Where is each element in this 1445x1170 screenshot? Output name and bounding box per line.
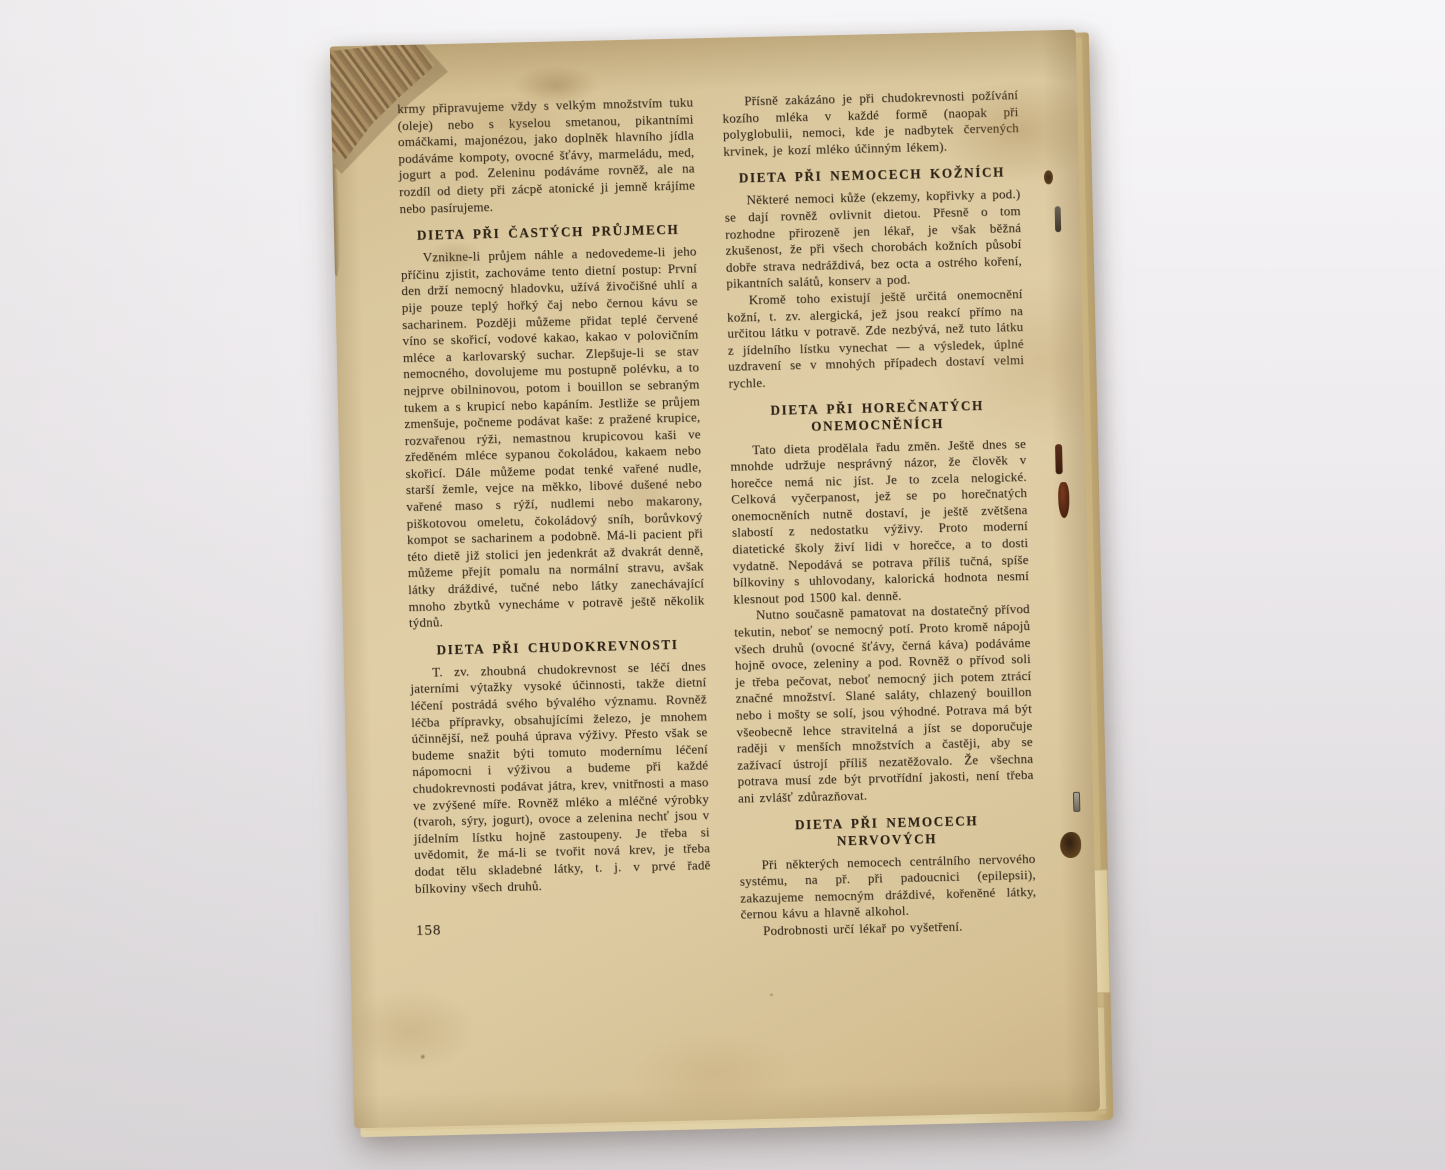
section-heading-kozni: DIETA PŘI NEMOCECH KOŽNÍCH [730,163,1014,186]
book-page: krmy připravujeme vždy s velkým množství… [330,30,1100,1129]
section-heading-chudokrevnost: DIETA PŘI CHUDOKREVNOSTI [415,635,699,658]
page-number: 158 [416,916,712,939]
paragraph: Některé nemoci kůže (ekzemy, kopřivky a … [724,186,1022,292]
staple [1073,792,1080,812]
paragraph: Při některých nemocech centrálního nervo… [739,850,1036,923]
section-heading-horecnata: DIETA PŘI HOREČNATÝCH ONEMOCNĚNÍCH [735,396,1020,436]
rust-stain [1044,170,1053,184]
text-area: krmy připravujeme vždy s velkým množství… [397,87,1038,947]
book-photo: krmy připravujeme vždy s velkým množství… [330,30,1100,1129]
paragraph: krmy připravujeme vždy s velkým množství… [397,94,696,217]
paragraph: Kromě toho existují ještě určitá onemocn… [727,286,1025,392]
paragraph: Vznikne-li průjem náhle a nedovedeme-li … [400,243,705,631]
paragraph: Nutno současně pamatovat na dostatečný p… [734,601,1034,807]
section-heading-prujmech: DIETA PŘI ČASTÝCH PRŮJMECH [406,221,690,244]
paragraph: Tato dieta prodělala řadu změn. Ještě dn… [730,435,1030,608]
paragraph: T. zv. zhoubná chudokrevnost se léčí dne… [410,658,711,897]
text-column-left: krmy připravujeme vždy s velkým množství… [397,94,712,947]
section-heading-nervova: DIETA PŘI NEMOCECH NERVOVÝCH [744,811,1029,851]
rust-stain [1058,482,1070,518]
rust-stain [1055,206,1062,232]
text-column-right: Přísně zakázáno je při chudokrevnosti po… [722,87,1037,940]
paragraph: Přísně zakázáno je při chudokrevnosti po… [722,87,1019,160]
rust-stain [1055,444,1063,474]
rust-stain [1060,832,1082,858]
